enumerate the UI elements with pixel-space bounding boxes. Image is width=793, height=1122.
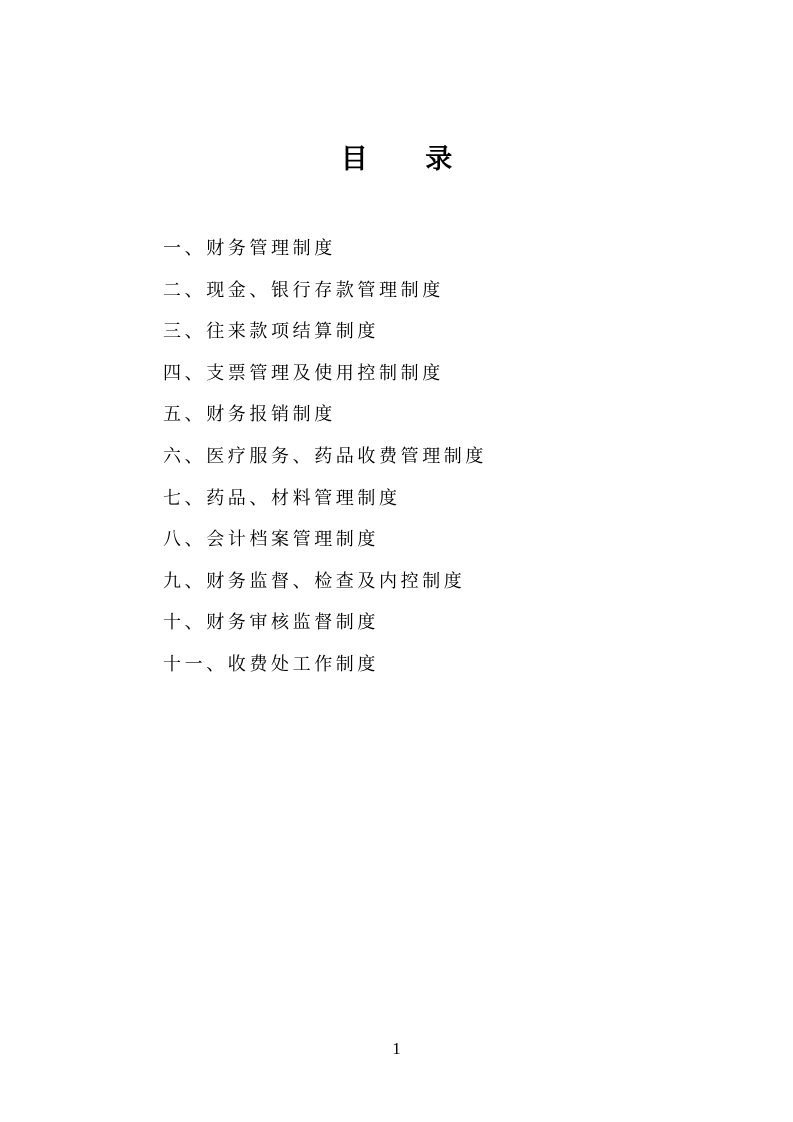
toc-item-2[interactable]: 二、现金、银行存款管理制度 (163, 270, 487, 312)
toc-item-7[interactable]: 七、药品、材料管理制度 (163, 478, 487, 520)
toc-item-10[interactable]: 十、财务审核监督制度 (163, 602, 487, 644)
toc-item-1[interactable]: 一、财务管理制度 (163, 228, 487, 270)
toc-item-3[interactable]: 三、往来款项结算制度 (163, 311, 487, 353)
toc-item-8[interactable]: 八、会计档案管理制度 (163, 519, 487, 561)
toc-item-5[interactable]: 五、财务报销制度 (163, 394, 487, 436)
table-of-contents: 一、财务管理制度 二、现金、银行存款管理制度 三、往来款项结算制度 四、支票管理… (163, 228, 487, 686)
toc-item-9[interactable]: 九、财务监督、检查及内控制度 (163, 561, 487, 603)
document-page: 目 录 一、财务管理制度 二、现金、银行存款管理制度 三、往来款项结算制度 四、… (0, 0, 793, 1122)
toc-item-6[interactable]: 六、医疗服务、药品收费管理制度 (163, 436, 487, 478)
page-title: 目 录 (0, 140, 793, 180)
toc-item-4[interactable]: 四、支票管理及使用控制制度 (163, 353, 487, 395)
page-number: 1 (0, 1038, 793, 1060)
toc-item-11[interactable]: 十一、收费处工作制度 (163, 644, 487, 686)
